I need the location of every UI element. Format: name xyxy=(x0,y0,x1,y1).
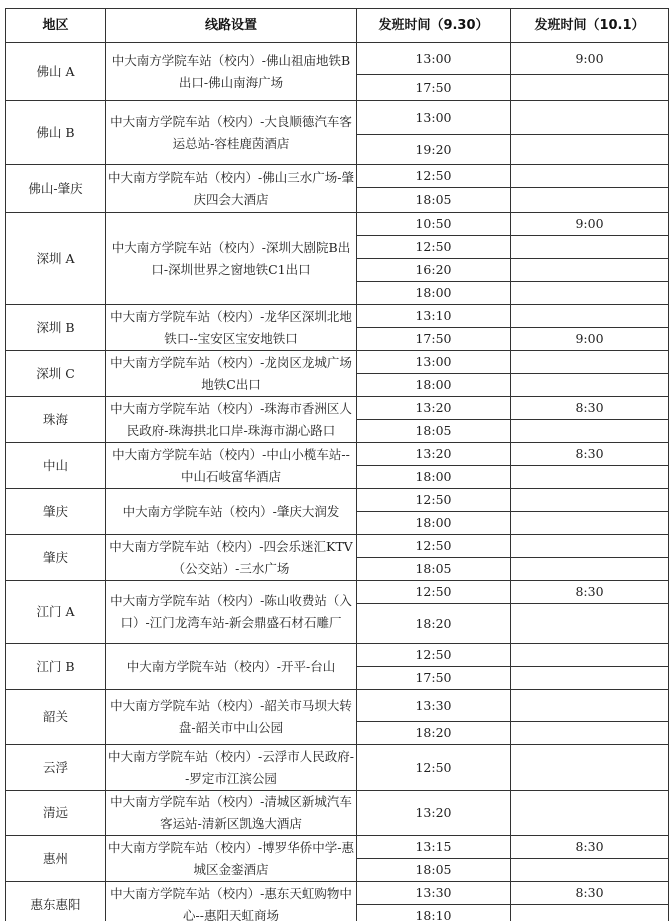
departure-time-1001 xyxy=(511,420,669,443)
table-row: 佛山 A中大南方学院车站（校内）-佛山祖庙地铁B出口-佛山南海广场13:009:… xyxy=(6,43,669,75)
departure-time-0930: 18:05 xyxy=(357,420,511,443)
departure-time-1001: 8:30 xyxy=(511,397,669,420)
table-body: 佛山 A中大南方学院车站（校内）-佛山祖庙地铁B出口-佛山南海广场13:009:… xyxy=(6,43,669,921)
departure-time-0930: 12:50 xyxy=(357,489,511,512)
departure-time-1001 xyxy=(511,512,669,535)
route-cell: 中大南方学院车站（校内）-惠东天虹购物中心--惠阳天虹商场 xyxy=(106,882,357,921)
table-row: 惠州中大南方学院车站（校内）-博罗华侨中学-惠城区金銮酒店13:158:30 xyxy=(6,836,669,859)
departure-time-1001 xyxy=(511,351,669,374)
route-cell: 中大南方学院车站（校内）-大良顺德汽车客运总站-容桂鹿茵酒店 xyxy=(106,101,357,165)
region-cell: 深圳 B xyxy=(6,305,106,351)
departure-time-0930: 13:00 xyxy=(357,43,511,75)
table-row: 珠海中大南方学院车站（校内）-珠海市香洲区人民政府-珠海拱北口岸-珠海市湖心路口… xyxy=(6,397,669,420)
bus-schedule-table: 地区 线路设置 发班时间（9.30） 发班时间（10.1） 佛山 A中大南方学院… xyxy=(5,8,669,921)
departure-time-1001 xyxy=(511,604,669,644)
departure-time-1001: 8:30 xyxy=(511,581,669,604)
departure-time-1001 xyxy=(511,489,669,512)
departure-time-0930: 18:20 xyxy=(357,722,511,745)
region-cell: 深圳 C xyxy=(6,351,106,397)
departure-time-1001: 9:00 xyxy=(511,213,669,236)
departure-time-0930: 12:50 xyxy=(357,581,511,604)
departure-time-0930: 18:20 xyxy=(357,604,511,644)
departure-time-0930: 13:20 xyxy=(357,397,511,420)
region-cell: 云浮 xyxy=(6,745,106,791)
route-cell: 中大南方学院车站（校内）-开平-台山 xyxy=(106,644,357,690)
departure-time-1001 xyxy=(511,791,669,836)
header-region: 地区 xyxy=(6,9,106,43)
departure-time-1001 xyxy=(511,305,669,328)
table-row: 深圳 A中大南方学院车站（校内）-深圳大剧院B出口-深圳世界之窗地铁C1出口10… xyxy=(6,213,669,236)
departure-time-0930: 18:00 xyxy=(357,374,511,397)
region-cell: 惠州 xyxy=(6,836,106,882)
departure-time-0930: 13:00 xyxy=(357,101,511,135)
route-cell: 中大南方学院车站（校内）-陈山收费站（入口）-江门龙湾车站-新会鼎盛石材石雕厂 xyxy=(106,581,357,644)
departure-time-1001 xyxy=(511,259,669,282)
route-cell: 中大南方学院车站（校内）-龙岗区龙城广场地铁C出口 xyxy=(106,351,357,397)
departure-time-1001 xyxy=(511,558,669,581)
departure-time-1001 xyxy=(511,282,669,305)
departure-time-1001: 8:30 xyxy=(511,882,669,905)
departure-time-0930: 12:50 xyxy=(357,236,511,259)
region-cell: 中山 xyxy=(6,443,106,489)
header-time-1001: 发班时间（10.1） xyxy=(511,9,669,43)
header-row: 地区 线路设置 发班时间（9.30） 发班时间（10.1） xyxy=(6,9,669,43)
departure-time-1001 xyxy=(511,644,669,667)
route-cell: 中大南方学院车站（校内）-博罗华侨中学-惠城区金銮酒店 xyxy=(106,836,357,882)
departure-time-0930: 18:00 xyxy=(357,512,511,535)
table-row: 肇庆中大南方学院车站（校内）-肇庆大润发12:50 xyxy=(6,489,669,512)
departure-time-0930: 16:20 xyxy=(357,259,511,282)
header-time-0930: 发班时间（9.30） xyxy=(357,9,511,43)
table-row: 深圳 C中大南方学院车站（校内）-龙岗区龙城广场地铁C出口13:00 xyxy=(6,351,669,374)
departure-time-1001 xyxy=(511,135,669,165)
departure-time-1001: 8:30 xyxy=(511,836,669,859)
departure-time-0930: 12:50 xyxy=(357,745,511,791)
departure-time-1001: 9:00 xyxy=(511,328,669,351)
departure-time-1001 xyxy=(511,722,669,745)
departure-time-0930: 13:10 xyxy=(357,305,511,328)
region-cell: 深圳 A xyxy=(6,213,106,305)
departure-time-1001 xyxy=(511,535,669,558)
departure-time-0930: 19:20 xyxy=(357,135,511,165)
departure-time-0930: 17:50 xyxy=(357,75,511,101)
departure-time-1001 xyxy=(511,75,669,101)
region-cell: 惠东惠阳 xyxy=(6,882,106,921)
departure-time-0930: 18:00 xyxy=(357,282,511,305)
departure-time-0930: 17:50 xyxy=(357,667,511,690)
departure-time-1001: 9:00 xyxy=(511,43,669,75)
route-cell: 中大南方学院车站（校内）-深圳大剧院B出口-深圳世界之窗地铁C1出口 xyxy=(106,213,357,305)
table-row: 韶关中大南方学院车站（校内）-韶关市马坝大转盘-韶关市中山公园13:30 xyxy=(6,690,669,722)
table-row: 江门 A中大南方学院车站（校内）-陈山收费站（入口）-江门龙湾车站-新会鼎盛石材… xyxy=(6,581,669,604)
table-row: 佛山 B中大南方学院车站（校内）-大良顺德汽车客运总站-容桂鹿茵酒店13:00 xyxy=(6,101,669,135)
region-cell: 清远 xyxy=(6,791,106,836)
region-cell: 珠海 xyxy=(6,397,106,443)
departure-time-1001: 8:30 xyxy=(511,443,669,466)
departure-time-1001 xyxy=(511,905,669,921)
region-cell: 江门 A xyxy=(6,581,106,644)
region-cell: 佛山 A xyxy=(6,43,106,101)
route-cell: 中大南方学院车站（校内）-四会乐迷汇KTV（公交站）-三水广场 xyxy=(106,535,357,581)
departure-time-0930: 13:30 xyxy=(357,882,511,905)
table-row: 云浮中大南方学院车站（校内）-云浮市人民政府--罗定市江滨公园12:50 xyxy=(6,745,669,791)
departure-time-0930: 13:30 xyxy=(357,690,511,722)
table-row: 肇庆中大南方学院车站（校内）-四会乐迷汇KTV（公交站）-三水广场12:50 xyxy=(6,535,669,558)
table-row: 江门 B中大南方学院车站（校内）-开平-台山12:50 xyxy=(6,644,669,667)
departure-time-1001 xyxy=(511,745,669,791)
table-row: 佛山-肇庆中大南方学院车站（校内）-佛山三水广场-肇庆四会大酒店12:50 xyxy=(6,165,669,188)
region-cell: 佛山 B xyxy=(6,101,106,165)
departure-time-0930: 12:50 xyxy=(357,644,511,667)
region-cell: 肇庆 xyxy=(6,489,106,535)
region-cell: 佛山-肇庆 xyxy=(6,165,106,213)
departure-time-1001 xyxy=(511,165,669,188)
departure-time-1001 xyxy=(511,374,669,397)
departure-time-1001 xyxy=(511,236,669,259)
departure-time-0930: 12:50 xyxy=(357,165,511,188)
departure-time-0930: 13:20 xyxy=(357,791,511,836)
departure-time-0930: 18:05 xyxy=(357,188,511,213)
departure-time-0930: 13:15 xyxy=(357,836,511,859)
departure-time-0930: 17:50 xyxy=(357,328,511,351)
region-cell: 韶关 xyxy=(6,690,106,745)
route-cell: 中大南方学院车站（校内）-肇庆大润发 xyxy=(106,489,357,535)
header-route: 线路设置 xyxy=(106,9,357,43)
departure-time-1001 xyxy=(511,690,669,722)
route-cell: 中大南方学院车站（校内）-佛山三水广场-肇庆四会大酒店 xyxy=(106,165,357,213)
departure-time-1001 xyxy=(511,101,669,135)
departure-time-1001 xyxy=(511,667,669,690)
table-row: 中山中大南方学院车站（校内）-中山小榄车站--中山石岐富华酒店13:208:30 xyxy=(6,443,669,466)
table-row: 惠东惠阳中大南方学院车站（校内）-惠东天虹购物中心--惠阳天虹商场13:308:… xyxy=(6,882,669,905)
route-cell: 中大南方学院车站（校内）-中山小榄车站--中山石岐富华酒店 xyxy=(106,443,357,489)
departure-time-0930: 18:05 xyxy=(357,558,511,581)
departure-time-1001 xyxy=(511,188,669,213)
departure-time-0930: 18:10 xyxy=(357,905,511,921)
route-cell: 中大南方学院车站（校内）-珠海市香洲区人民政府-珠海拱北口岸-珠海市湖心路口 xyxy=(106,397,357,443)
departure-time-0930: 18:05 xyxy=(357,859,511,882)
route-cell: 中大南方学院车站（校内）-韶关市马坝大转盘-韶关市中山公园 xyxy=(106,690,357,745)
route-cell: 中大南方学院车站（校内）-龙华区深圳北地铁口--宝安区宝安地铁口 xyxy=(106,305,357,351)
departure-time-0930: 10:50 xyxy=(357,213,511,236)
departure-time-0930: 18:00 xyxy=(357,466,511,489)
route-cell: 中大南方学院车站（校内）-云浮市人民政府--罗定市江滨公园 xyxy=(106,745,357,791)
route-cell: 中大南方学院车站（校内）-清城区新城汽车客运站-清新区凯逸大酒店 xyxy=(106,791,357,836)
route-cell: 中大南方学院车站（校内）-佛山祖庙地铁B出口-佛山南海广场 xyxy=(106,43,357,101)
departure-time-0930: 13:00 xyxy=(357,351,511,374)
departure-time-0930: 13:20 xyxy=(357,443,511,466)
region-cell: 江门 B xyxy=(6,644,106,690)
departure-time-1001 xyxy=(511,466,669,489)
table-row: 深圳 B中大南方学院车站（校内）-龙华区深圳北地铁口--宝安区宝安地铁口13:1… xyxy=(6,305,669,328)
table-row: 清远中大南方学院车站（校内）-清城区新城汽车客运站-清新区凯逸大酒店13:20 xyxy=(6,791,669,836)
region-cell: 肇庆 xyxy=(6,535,106,581)
departure-time-1001 xyxy=(511,859,669,882)
departure-time-0930: 12:50 xyxy=(357,535,511,558)
